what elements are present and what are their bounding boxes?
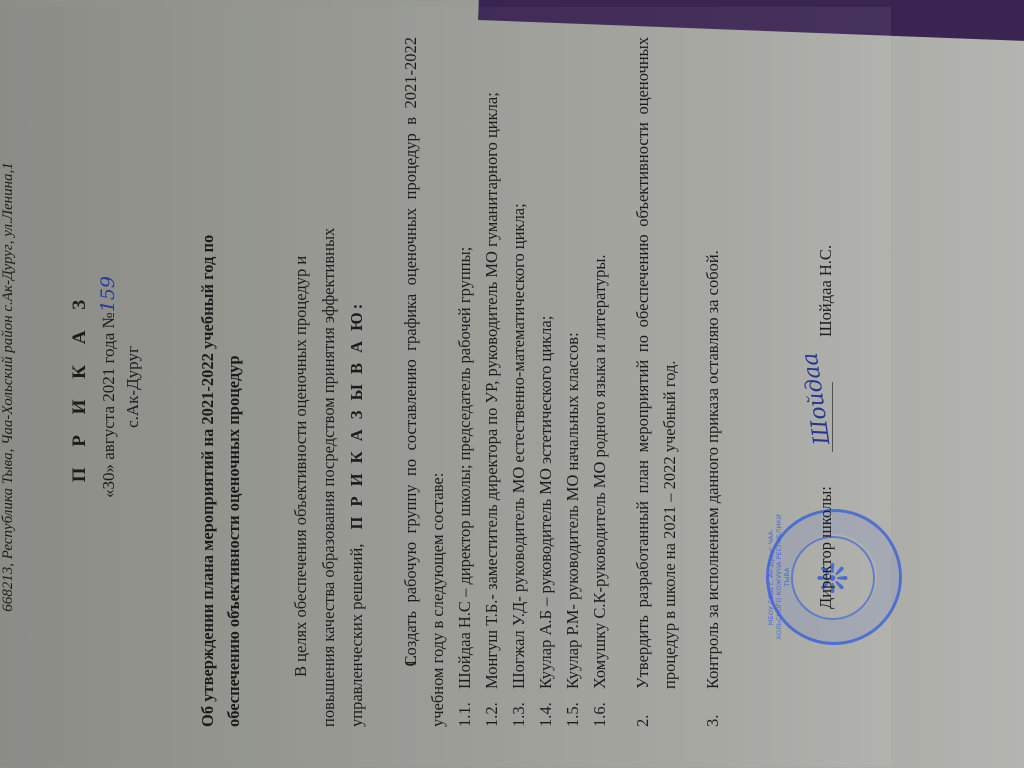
item-2-number: 2. xyxy=(629,689,683,727)
item-1-number: 1. xyxy=(397,675,424,697)
list-item: 1.1. Шойдаа Н.С – директор школы; предсе… xyxy=(451,37,478,727)
order-date: «30» августа 2021 года №159 xyxy=(97,37,119,737)
document-page: МУНИЦИПАЛЬНОЕ БЮДЖЕТНОЕ ОБЩЕОБРАЗОВАТЕЛЬ… xyxy=(0,7,891,767)
sub-item-number: 1.6. xyxy=(586,689,613,727)
sub-item-number: 1.4. xyxy=(532,689,559,727)
preamble-line-3: управленческих решений, П Р И К А З Ы В … xyxy=(343,37,371,727)
list-item: 1.4. Куулар А.Б – руководитель МО эстети… xyxy=(532,37,559,727)
list-item: 1.5. Куулар Р.М- руководитель МО начальн… xyxy=(559,37,586,727)
preamble-line-3-text: управленческих решений, xyxy=(347,544,366,727)
subject-line-2: обеспечению объективности оценочных проц… xyxy=(221,37,247,727)
order-number: 159 xyxy=(97,276,119,312)
item-3-number: 3. xyxy=(699,689,726,727)
director-name: Шойдаа Н.С. xyxy=(816,245,836,337)
sub-item-number: 1.3. xyxy=(505,689,532,727)
sub-item-number: 1.1. xyxy=(451,689,478,727)
subject-line-1: Об утверждении плана мероприятий на 2021… xyxy=(195,37,221,727)
spacer xyxy=(613,37,629,737)
address: 668213, Республика Тыва, Чаа-Хольский ра… xyxy=(0,37,17,737)
sub-item-text: Куулар Р.М- руководитель МО начальных кл… xyxy=(559,37,586,689)
sub-item-text: Куулар А.Б – руководитель МО эстетическо… xyxy=(532,37,559,689)
item-3: 3. Контроль за исполнением данного прика… xyxy=(699,37,726,727)
item-2: 2. Утвердить разработанный план мероприя… xyxy=(629,37,683,727)
order-place: с.Ак-Дуруг xyxy=(123,37,143,737)
sub-item-text: Хомушку С.К-руководитель МО родного язык… xyxy=(586,37,613,689)
sub-item-text: Монгуш Т.Б.- заместитель директора по УР… xyxy=(478,37,505,689)
handwritten-signature: Шойдаа xyxy=(798,351,836,446)
spacer xyxy=(683,37,699,737)
sub-item-text: Шойдаа Н.С – директор школы; председател… xyxy=(451,37,478,689)
order-subject: Об утверждении плана мероприятий на 2021… xyxy=(195,37,247,727)
stamp-text: МБОУ СОШ с. Ак-Дуруг ЧАА-ХОЛЬСКОГО КОЖУУ… xyxy=(767,512,791,642)
order-word: П Р И К А З Ы В А Ю: xyxy=(347,301,366,530)
preamble-line-2: повышения качества образования посредств… xyxy=(315,37,343,727)
sub-item-text: Шогжал У.Д- руководитель МО естественно-… xyxy=(505,37,532,689)
list-item: 1.2. Монгуш Т.Б.- заместитель директора … xyxy=(478,37,505,727)
order-items: 1. Создать рабочую группу по составлению… xyxy=(397,37,726,737)
director-position: Директор школы: xyxy=(816,486,836,609)
order-date-text: «30» августа 2021 года № xyxy=(99,312,118,498)
sub-item-number: 1.2. xyxy=(478,689,505,727)
order-title: П Р И К А З xyxy=(69,37,91,737)
item-2-text: Утвердить разработанный план мероприятий… xyxy=(629,37,683,689)
sub-item-number: 1.5. xyxy=(559,689,586,727)
item-3-text: Контроль за исполнением данного приказа … xyxy=(699,37,726,689)
item-1-text: Создать рабочую группу по составлению гр… xyxy=(401,37,447,727)
preamble-line-1: В целях обеспечения объективности оценоч… xyxy=(287,37,315,727)
item-1: 1. Создать рабочую группу по составлению… xyxy=(397,37,451,727)
list-item: 1.3. Шогжал У.Д- руководитель МО естеств… xyxy=(505,37,532,727)
signature-block: МБОУ СОШ с. Ак-Дуруг ЧАА-ХОЛЬСКОГО КОЖУУ… xyxy=(766,37,906,737)
preamble: В целях обеспечения объективности оценоч… xyxy=(287,37,371,727)
list-item: 1.6. Хомушку С.К-руководитель МО родного… xyxy=(586,37,613,727)
